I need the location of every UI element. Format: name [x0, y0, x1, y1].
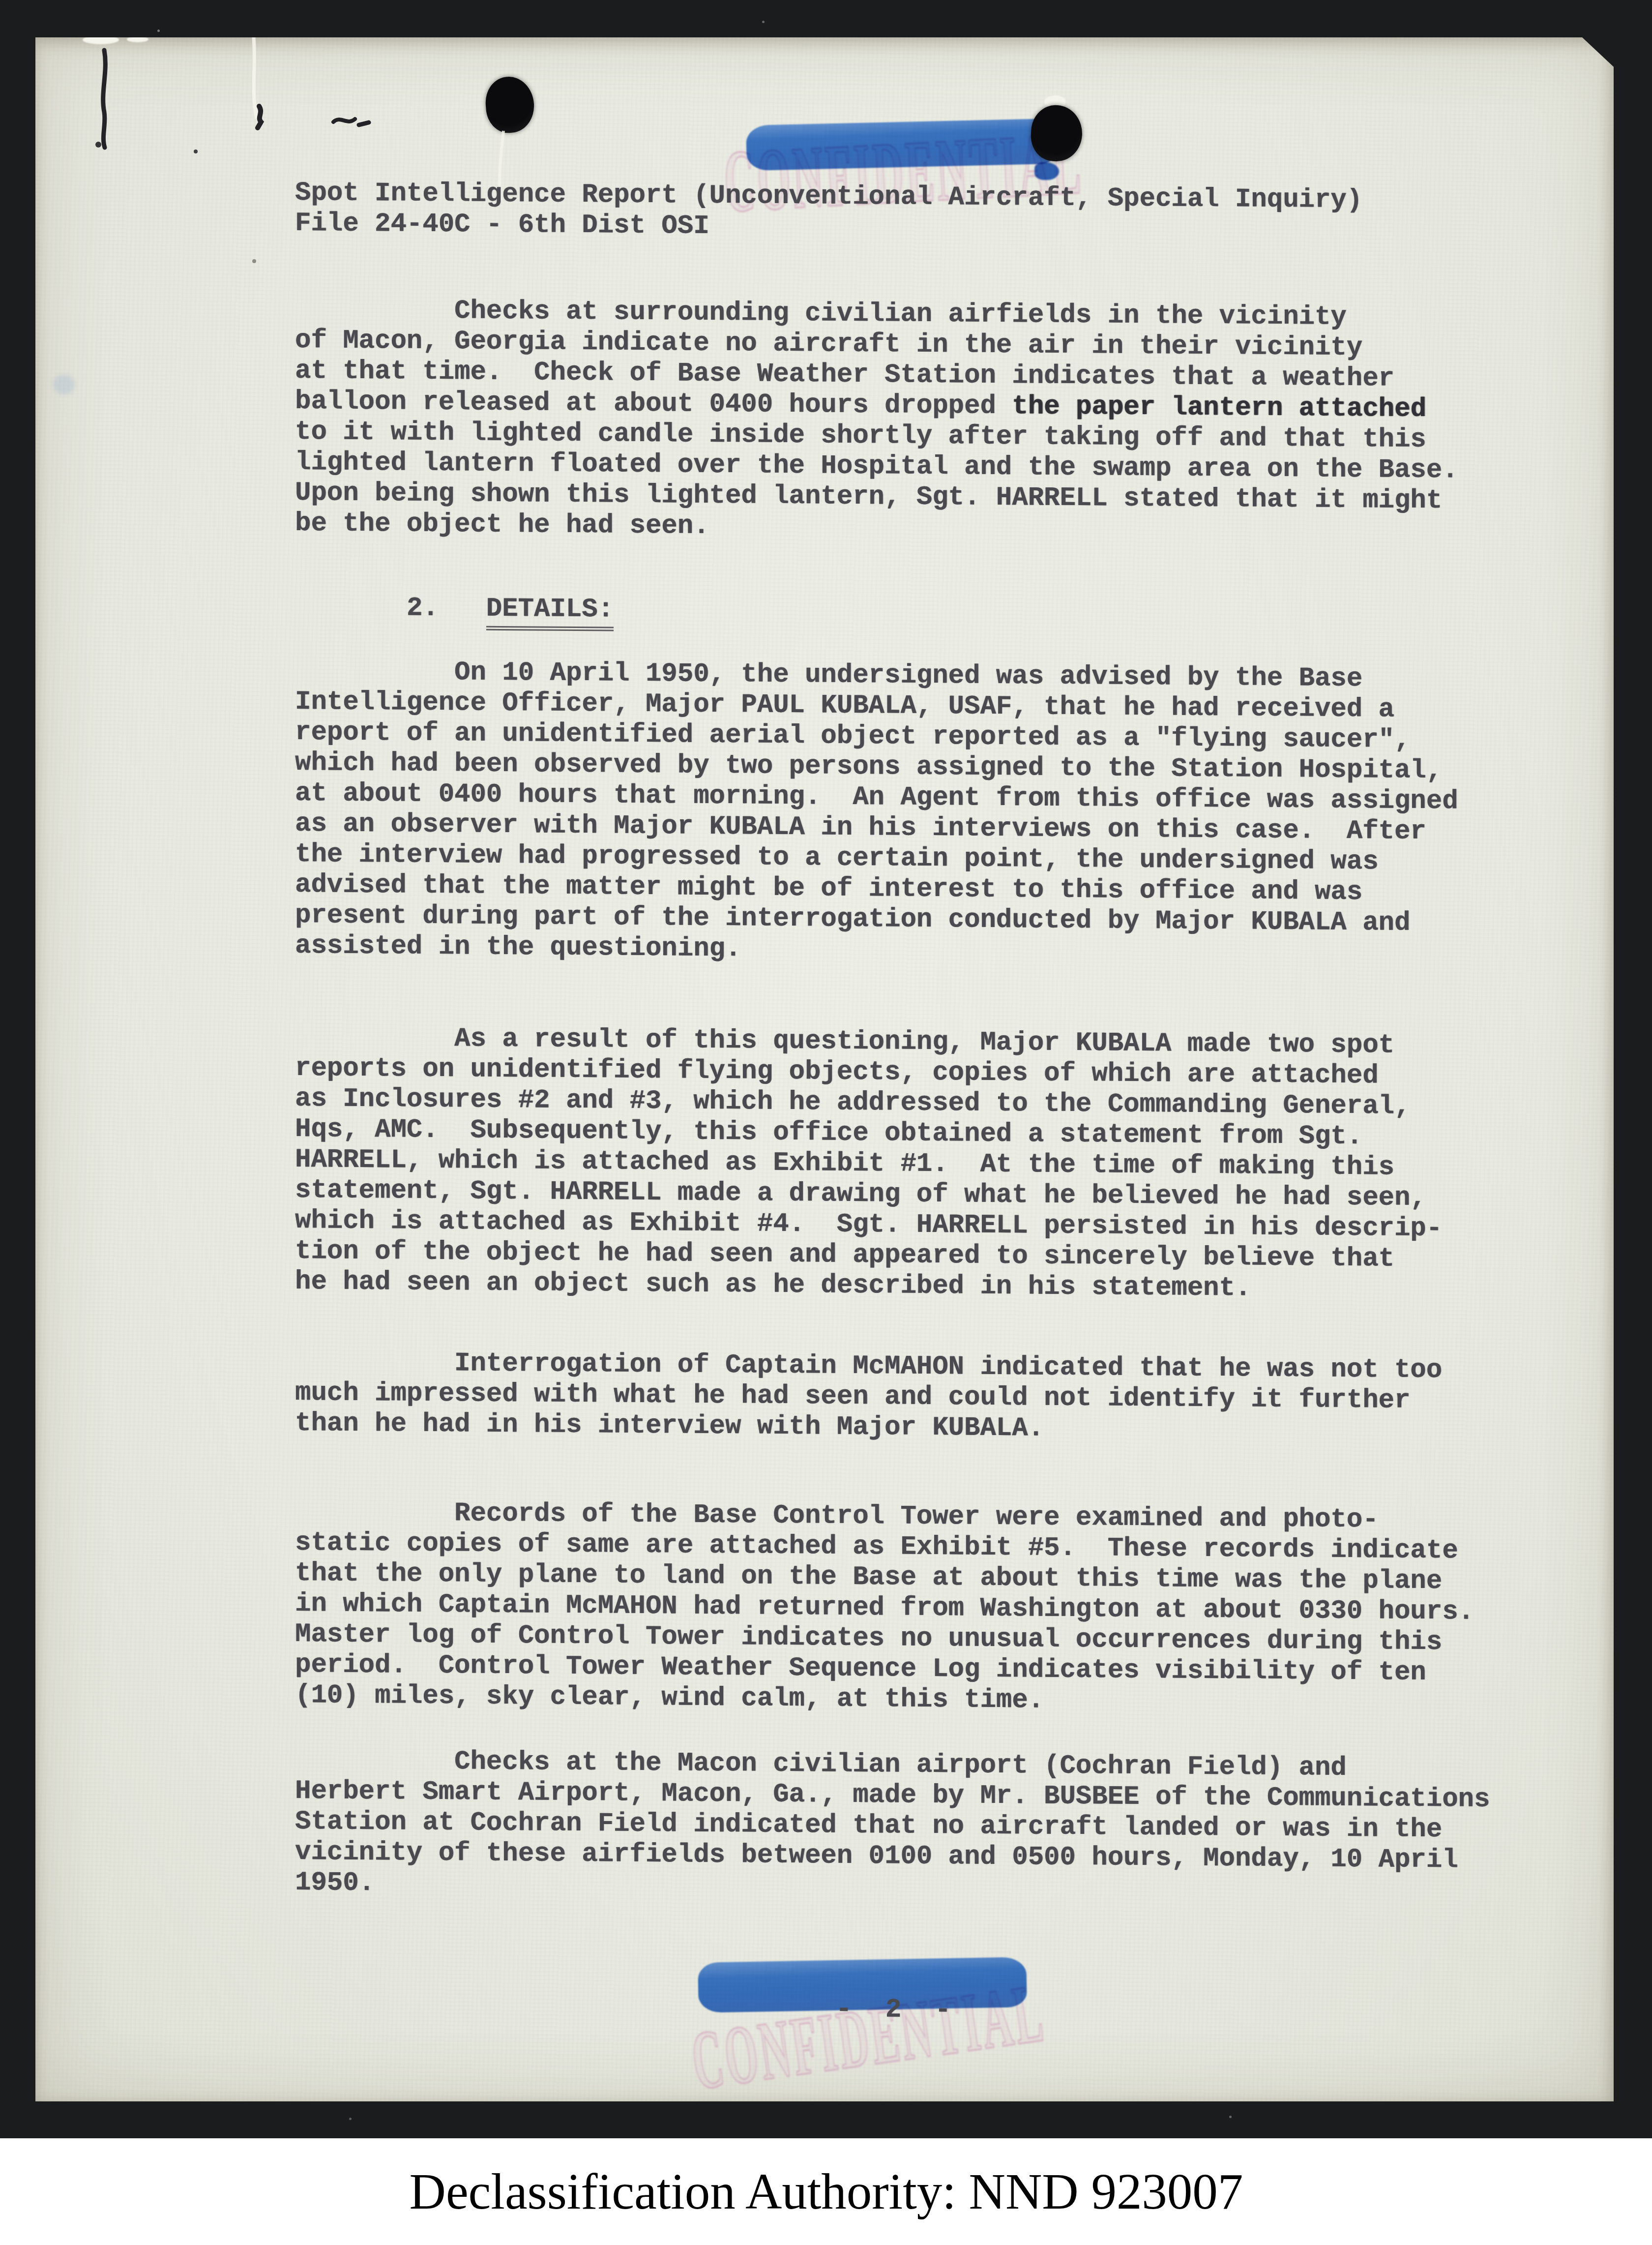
paragraph-details-4: Records of the Base Control Tower were e… [295, 1497, 1474, 1719]
report-title: Spot Intelligence Report (Unconventional… [295, 178, 1362, 246]
paragraph-details-3: Interrogation of Captain McMAHON indicat… [295, 1347, 1442, 1447]
details-label: DETAILS: [486, 594, 614, 631]
ink-smudge [53, 375, 75, 394]
document-page: CONFIDENTIAL CONFIDENTIAL [35, 37, 1614, 2101]
paragraph-details-1: On 10 April 1950, the undersigned was ad… [295, 657, 1458, 970]
paragraph-details-2: As a result of this questioning, Major K… [295, 1023, 1442, 1305]
paper-tear [83, 35, 119, 44]
scan-background: CONFIDENTIAL CONFIDENTIAL [0, 0, 1652, 2245]
dust-specks [157, 30, 160, 32]
paper-tear [127, 36, 148, 42]
dogear-crease [1583, 30, 1619, 64]
paragraph-summary: Checks at surrounding civilian airfields… [295, 295, 1458, 547]
details-heading: 2.DETAILS: [295, 593, 614, 626]
details-number: 2. [407, 594, 439, 624]
declassification-banner: Declassification Authority: NND 923007 [0, 2138, 1652, 2245]
page-number: - 2 - [836, 1995, 960, 2026]
typed-content: Spot Intelligence Report (Unconventional… [295, 37, 1554, 2110]
declassification-text: Declassification Authority: NND 923007 [409, 2162, 1243, 2221]
paragraph-details-5: Checks at the Macon civilian airport (Co… [295, 1746, 1490, 1907]
